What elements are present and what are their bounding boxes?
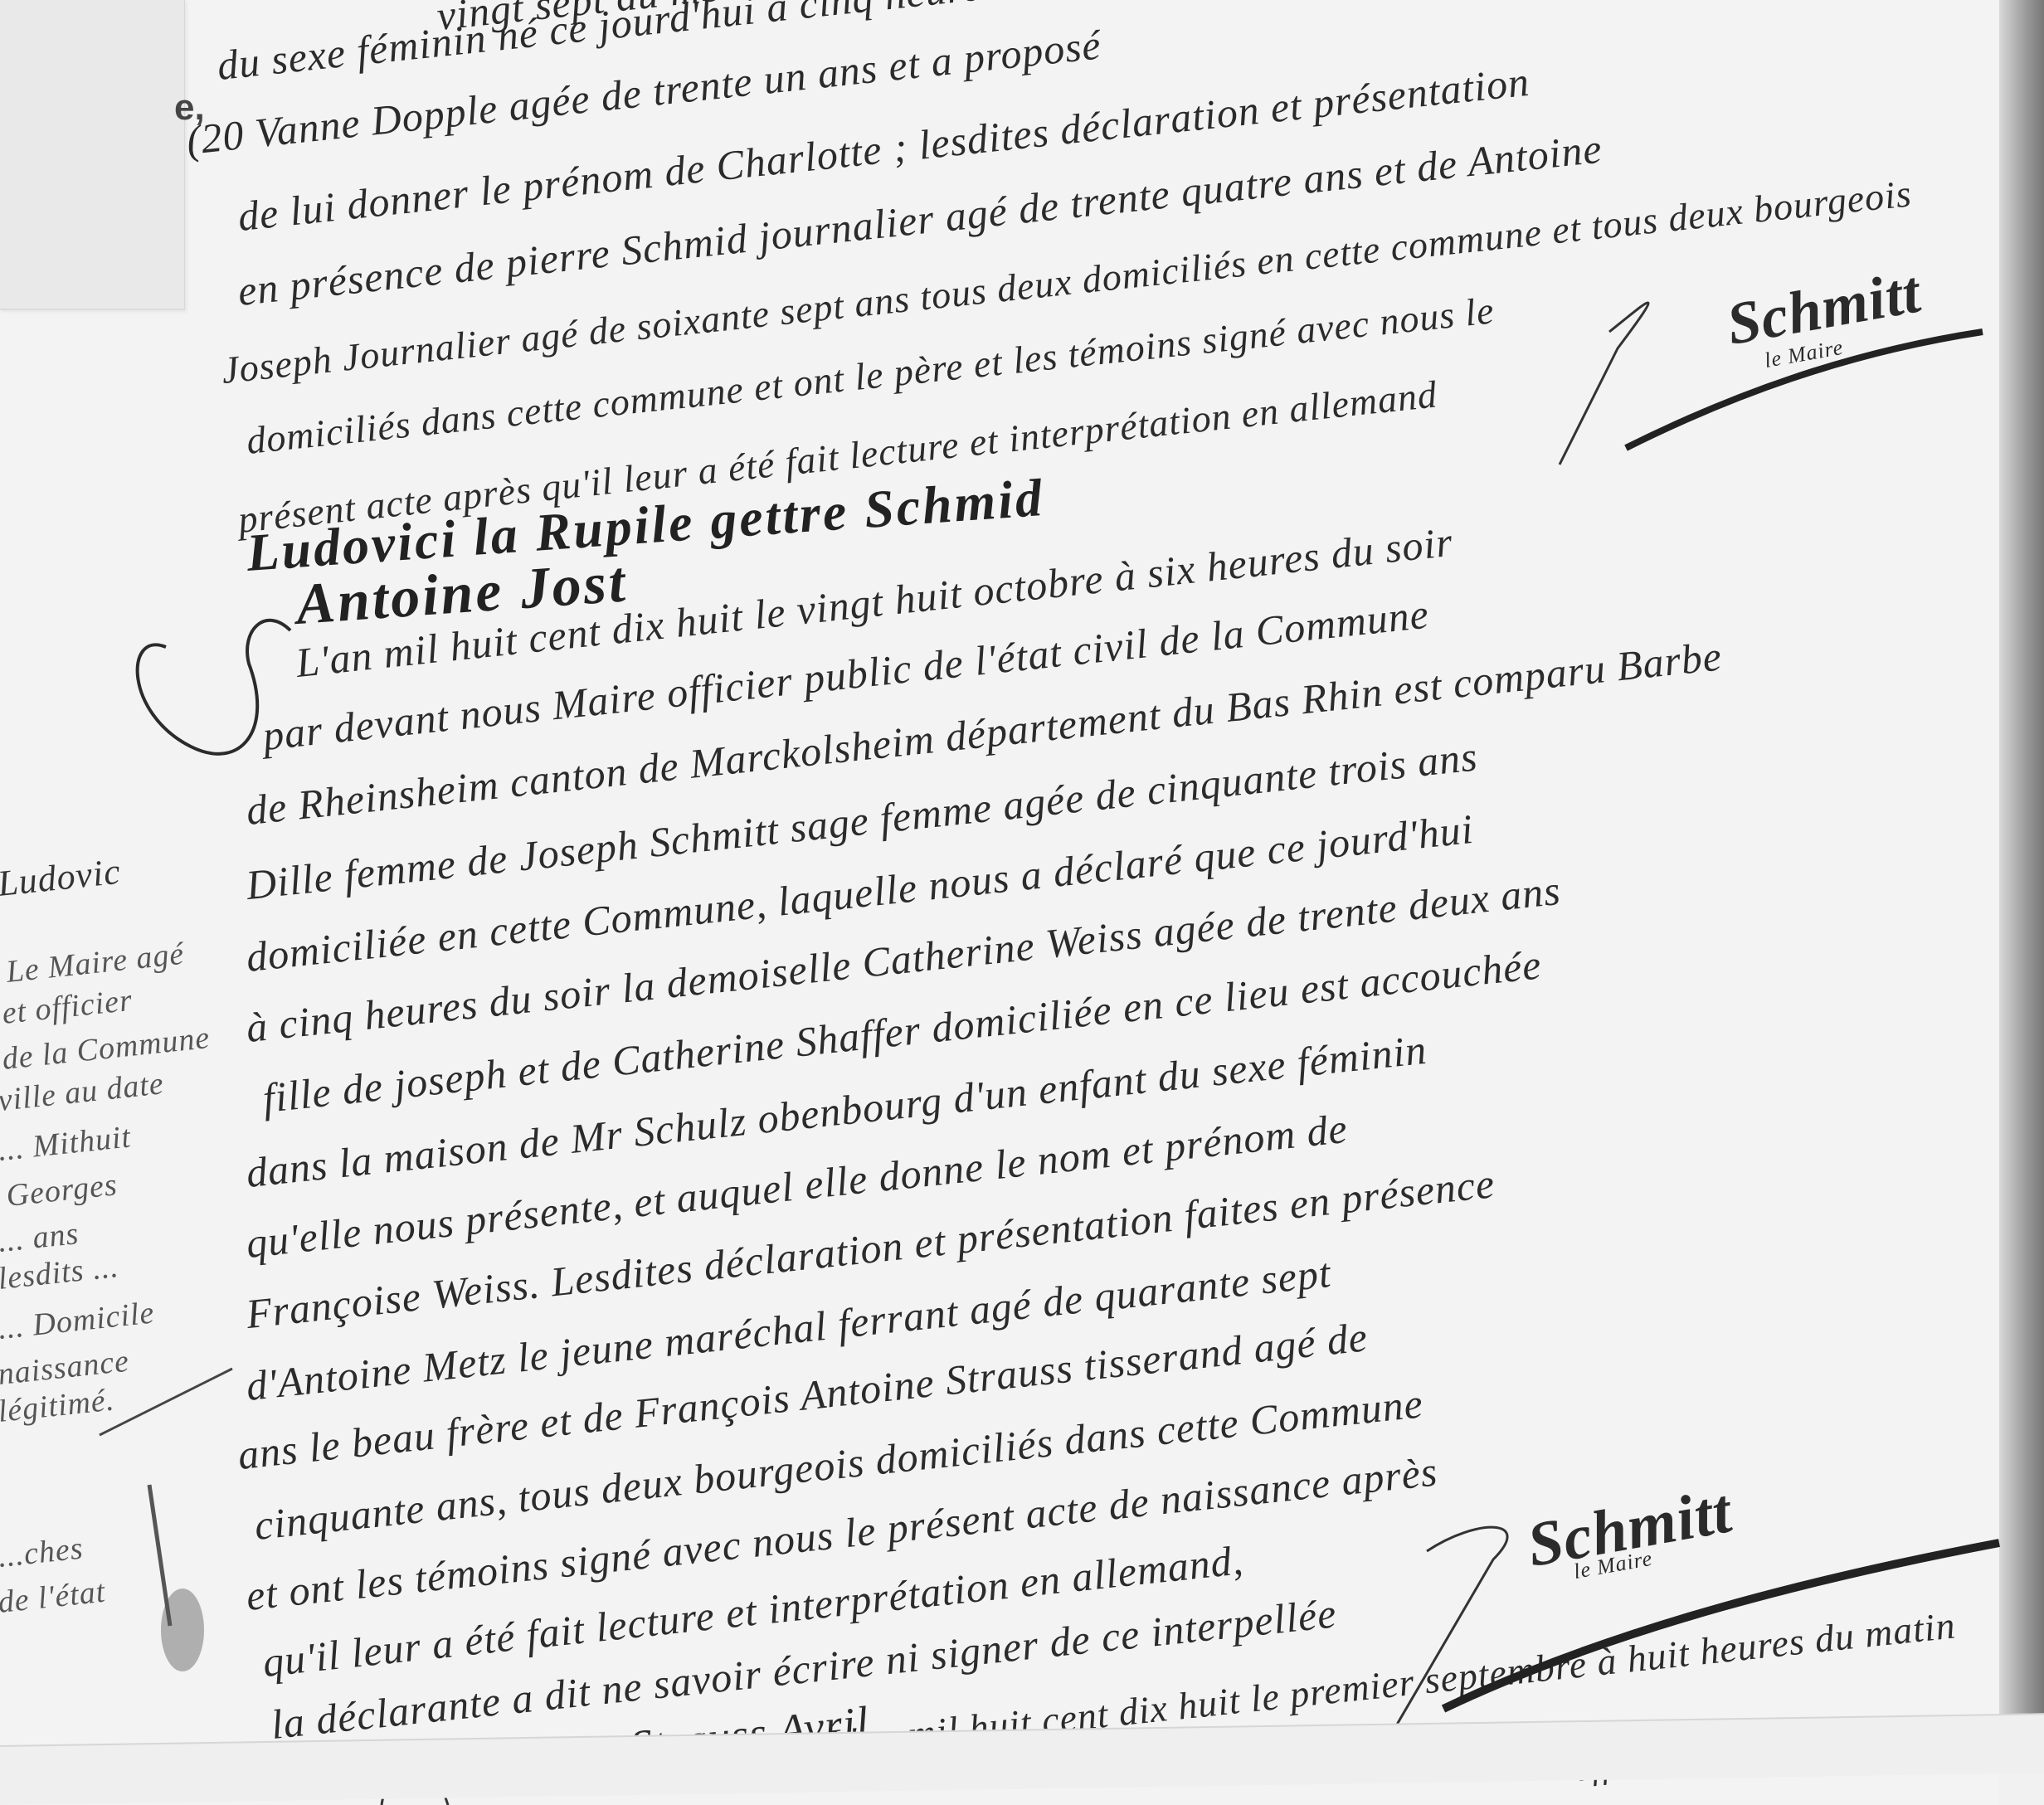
mayor-top-underline	[1626, 332, 1983, 448]
initial-l-flourish	[138, 620, 290, 754]
margin-divider	[100, 1369, 232, 1435]
flourish-strokes	[0, 0, 2044, 1805]
mayor-bottom-underline	[1443, 1543, 1999, 1709]
ink-blot-drip	[149, 1485, 170, 1626]
